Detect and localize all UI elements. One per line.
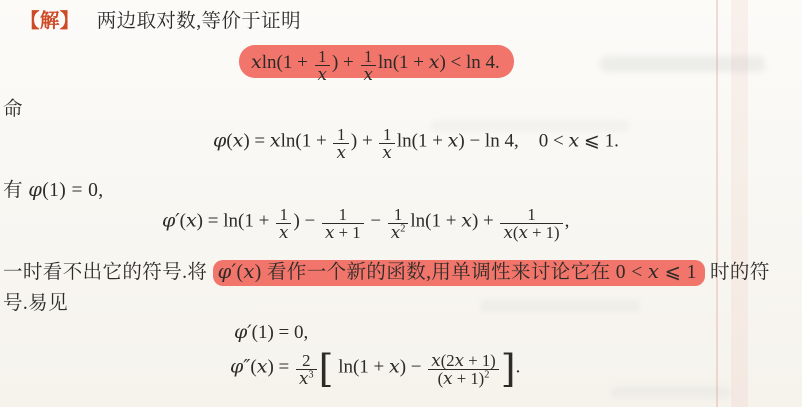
bleed-through-artifact [610,386,730,398]
heading-text: 两边取对数,等价于证明 [97,11,301,32]
equation-phi-prime: φ′(x) = ln(1 + 1x) − 1x + 1 − 1x2ln(1 + … [162,206,569,241]
equation-target-inequality: xln(1 + 1x) + 1xln(1 + x) < ln 4. [247,47,504,84]
solution-heading: 【解】两边取对数,等价于证明 [20,9,301,34]
bleed-through-artifact [480,300,640,312]
textbook-page: 【解】两边取对数,等价于证明 xln(1 + 1x) + 1xln(1 + x)… [0,0,802,407]
paragraph-line2: 号.易见 [3,291,68,316]
equation-phi-double-prime: φ″(x) = 2x3[ ln(1 + x) − x(2x + 1)(x + 1… [230,352,520,387]
paragraph-line1: 一时看不出它的符号.将 φ′(x) 看作一个新的函数,用单调性来讨论它在 0 <… [3,259,770,285]
solution-tag: 【解】 [20,11,80,32]
inline-highlight: φ′(x) 看作一个新的函数,用单调性来讨论它在 0 < x ⩽ 1 [213,260,705,286]
equation-content: xln(1 + 1x) + 1xln(1 + x) < ln 4. [251,52,500,73]
text-let: 命 [3,97,23,122]
text-phi-one-zero: 有 φ(1) = 0, [3,177,104,203]
bleed-through-artifact [600,56,765,72]
equation-phi-definition: φ(x) = xln(1 + 1x) + 1xln(1 + x) − ln 4,… [213,126,619,161]
equation-phi-prime-one: φ′(1) = 0, [234,321,308,345]
